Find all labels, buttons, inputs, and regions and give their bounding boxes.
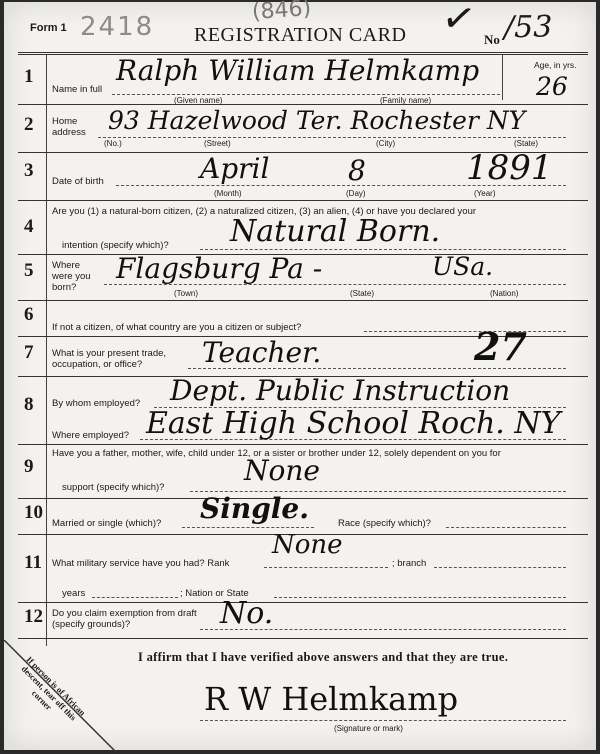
age-column-divider xyxy=(502,54,503,100)
answer-birth-town: Flagsburg Pa - xyxy=(116,252,322,285)
fill-line xyxy=(112,94,500,95)
answer-name: Ralph William Helmkamp xyxy=(116,54,479,87)
field-label-foreign-citizenship: If not a citizen, of what country are yo… xyxy=(52,322,301,333)
sublabel: (Day) xyxy=(346,189,366,198)
field-label-work-location: Where employed? xyxy=(52,430,129,441)
divider xyxy=(18,104,588,105)
field-label-military-rank: What military service have you had? Rank xyxy=(52,558,229,569)
affirmation-text: I affirm that I have verified above answ… xyxy=(138,650,508,665)
divider xyxy=(18,444,588,445)
answer-employer: Dept. Public Instruction xyxy=(170,374,510,407)
registration-card: Form 1 2418 (846) REGISTRATION CARD ✓ No… xyxy=(4,2,596,750)
field-label-support: support (specify which)? xyxy=(62,482,164,493)
row-number: 8 xyxy=(24,394,34,416)
sublabel: (Nation) xyxy=(490,289,518,298)
number-value: /53 xyxy=(504,10,552,45)
field-label-birthplace: Where were you born? xyxy=(52,260,102,293)
fill-line xyxy=(446,527,566,528)
answer-marital-status: Single. xyxy=(200,492,309,525)
age-label: Age, in yrs. xyxy=(534,60,577,71)
number-column-divider xyxy=(46,54,47,646)
answer-birth-nation: USa. xyxy=(432,252,493,281)
field-label-branch: ; branch xyxy=(392,558,426,569)
row-number: 3 xyxy=(24,160,34,182)
signature: R W Helmkamp xyxy=(204,680,458,718)
fill-line xyxy=(434,567,566,568)
card-title: REGISTRATION CARD xyxy=(194,24,406,47)
answer-occupation: Teacher. xyxy=(202,336,321,369)
row-number: 9 xyxy=(24,456,34,478)
field-label-race: Race (specify which)? xyxy=(338,518,431,529)
fill-line xyxy=(200,249,566,250)
answer-day: 8 xyxy=(348,154,366,187)
answer-year: 1891 xyxy=(466,148,553,188)
sublabel: (Year) xyxy=(474,189,496,198)
circled-number: (846) xyxy=(251,0,312,25)
fill-line xyxy=(98,137,566,138)
answer-address: 93 Hazelwood Ter. Rochester NY xyxy=(108,106,525,135)
fill-line xyxy=(182,527,314,528)
form-label: Form 1 xyxy=(30,22,67,34)
row-number: 11 xyxy=(24,552,42,574)
sublabel: (No.) xyxy=(104,139,122,148)
age-value: 26 xyxy=(536,72,568,101)
answer-dependents: None xyxy=(244,454,320,487)
row-number: 4 xyxy=(24,216,34,238)
field-label-years: years xyxy=(62,588,85,599)
fill-line xyxy=(92,597,178,598)
fill-line xyxy=(364,331,566,332)
sublabel: (State) xyxy=(514,139,538,148)
field-label-employer: By whom employed? xyxy=(52,398,140,409)
divider xyxy=(18,602,588,603)
checkmark-icon: ✓ xyxy=(438,0,479,45)
field-label-dob: Date of birth xyxy=(52,176,104,187)
sublabel: (Month) xyxy=(214,189,242,198)
field-label-occupation: What is your present trade, occupation, … xyxy=(52,348,182,370)
answer-citizenship: Natural Born. xyxy=(230,214,440,249)
field-label-address: Home address xyxy=(52,116,96,138)
divider xyxy=(18,300,588,301)
sublabel: (City) xyxy=(376,139,395,148)
row-number: 12 xyxy=(24,606,43,628)
divider xyxy=(18,638,588,639)
answer-military-service: None xyxy=(272,530,343,560)
answer-month: April xyxy=(200,152,269,185)
answer-work-location: East High School Roch. NY xyxy=(146,406,560,441)
signature-label: (Signature or mark) xyxy=(334,724,403,733)
serial-stamp: 2418 xyxy=(80,12,154,42)
field-label-name: Name in full xyxy=(52,84,102,95)
fill-line xyxy=(264,567,388,568)
row-number: 5 xyxy=(24,260,34,282)
row-number: 7 xyxy=(24,342,34,364)
row-number: 10 xyxy=(24,502,43,524)
field-label-exemption: Do you claim exemption from draft (speci… xyxy=(52,608,202,630)
fill-line xyxy=(274,597,566,598)
row-number: 2 xyxy=(24,114,34,136)
sublabel: (Street) xyxy=(204,139,231,148)
annotation-number: 27 xyxy=(474,324,527,369)
signature-line xyxy=(200,720,566,721)
row-number: 6 xyxy=(24,304,34,326)
sublabel: (State) xyxy=(350,289,374,298)
field-label-marital-status: Married or single (which)? xyxy=(52,518,161,529)
sublabel: (Town) xyxy=(174,289,198,298)
divider xyxy=(18,200,588,201)
number-label: No xyxy=(484,32,500,48)
row-number: 1 xyxy=(24,66,34,88)
answer-exemption: No. xyxy=(220,596,273,631)
field-label-intention: intention (specify which)? xyxy=(62,240,169,251)
